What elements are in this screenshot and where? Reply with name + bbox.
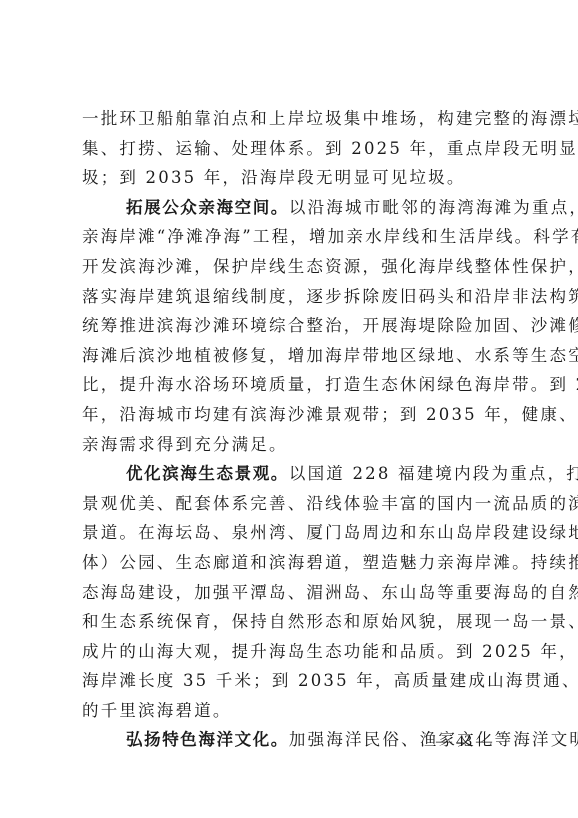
document-page: 一批环卫船舶靠泊点和上岸垃圾集中堆场，构建完整的海漂垃圾收 集、打捞、运输、处理…: [0, 0, 578, 818]
text-line: 开发滨海沙滩，保护岸线生态资源，强化海岸线整体性保护，严格: [82, 252, 512, 282]
paragraph-first-line: 优化滨海生态景观。以国道 228 福建境内段为重点，打造视域: [82, 459, 512, 489]
text-line: 海岸滩长度 35 千米；到 2035 年，高质量建成山海贯通、开放共享: [82, 666, 512, 696]
text-line: 落实海岸建筑退缩线制度，逐步拆除废旧码头和沿岸非法构筑物。: [82, 282, 512, 312]
text-line: 和生态系统保育，保持自然形态和原始风貌，展现一岛一景、连线: [82, 607, 512, 637]
text-line: 景道。在海坛岛、泉州湾、厦门岛周边和东山岛岸段建设绿地（山: [82, 518, 512, 548]
text-line: 集、打捞、运输、处理体系。到 2025 年，重点岸段无明显可见垃: [82, 134, 512, 164]
text-line: 亲海岸滩“净滩净海”工程，增加亲水岸线和生活岸线。科学有序: [82, 222, 512, 252]
text-line: 体）公园、生态廊道和滨海碧道，塑造魅力亲海岸滩。持续推进生: [82, 548, 512, 578]
paragraph-heading: 拓展公众亲海空间。: [126, 198, 289, 217]
text-line: 年，沿海城市均建有滨海沙滩景观带；到 2035 年，健康、自然的: [82, 400, 512, 430]
text-line: 成片的山海大观，提升海岛生态功能和品质。到 2025 年，整治亲: [82, 637, 512, 667]
page-number: — 43 —: [424, 733, 504, 751]
text-line: 比，提升海水浴场环境质量，打造生态休闲绿色海岸带。到 2025: [82, 370, 512, 400]
text-line: 态海岛建设，加强平潭岛、湄洲岛、东山岛等重要海岛的自然资源: [82, 578, 512, 608]
paragraph-heading: 优化滨海生态景观。: [126, 464, 289, 483]
paragraph-heading: 弘扬特色海洋文化。: [126, 730, 289, 749]
text-line: 海滩后滨沙地植被修复，增加海岸带地区绿地、水系等生态空间占: [82, 341, 512, 371]
text-line: 统筹推进滨海沙滩环境综合整治，开展海堤除险加固、沙滩修复和: [82, 311, 512, 341]
paragraph-first-line: 拓展公众亲海空间。以沿海城市毗邻的海湾海滩为重点，实施: [82, 193, 512, 223]
text-run: 以沿海城市毗邻的海湾海滩为重点，实施: [289, 198, 578, 217]
text-line: 的千里滨海碧道。: [82, 696, 512, 726]
text-line: 景观优美、配套体系完善、沿线体验丰富的国内一流品质的滨海风: [82, 489, 512, 519]
text-line: 一批环卫船舶靠泊点和上岸垃圾集中堆场，构建完整的海漂垃圾收: [82, 104, 512, 134]
text-line: 圾；到 2035 年，沿海岸段无明显可见垃圾。: [82, 163, 512, 193]
body-text: 一批环卫船舶靠泊点和上岸垃圾集中堆场，构建完整的海漂垃圾收 集、打捞、运输、处理…: [82, 104, 512, 755]
text-line: 亲海需求得到充分满足。: [82, 430, 512, 460]
text-run: 以国道 228 福建境内段为重点，打造视域: [289, 464, 578, 483]
